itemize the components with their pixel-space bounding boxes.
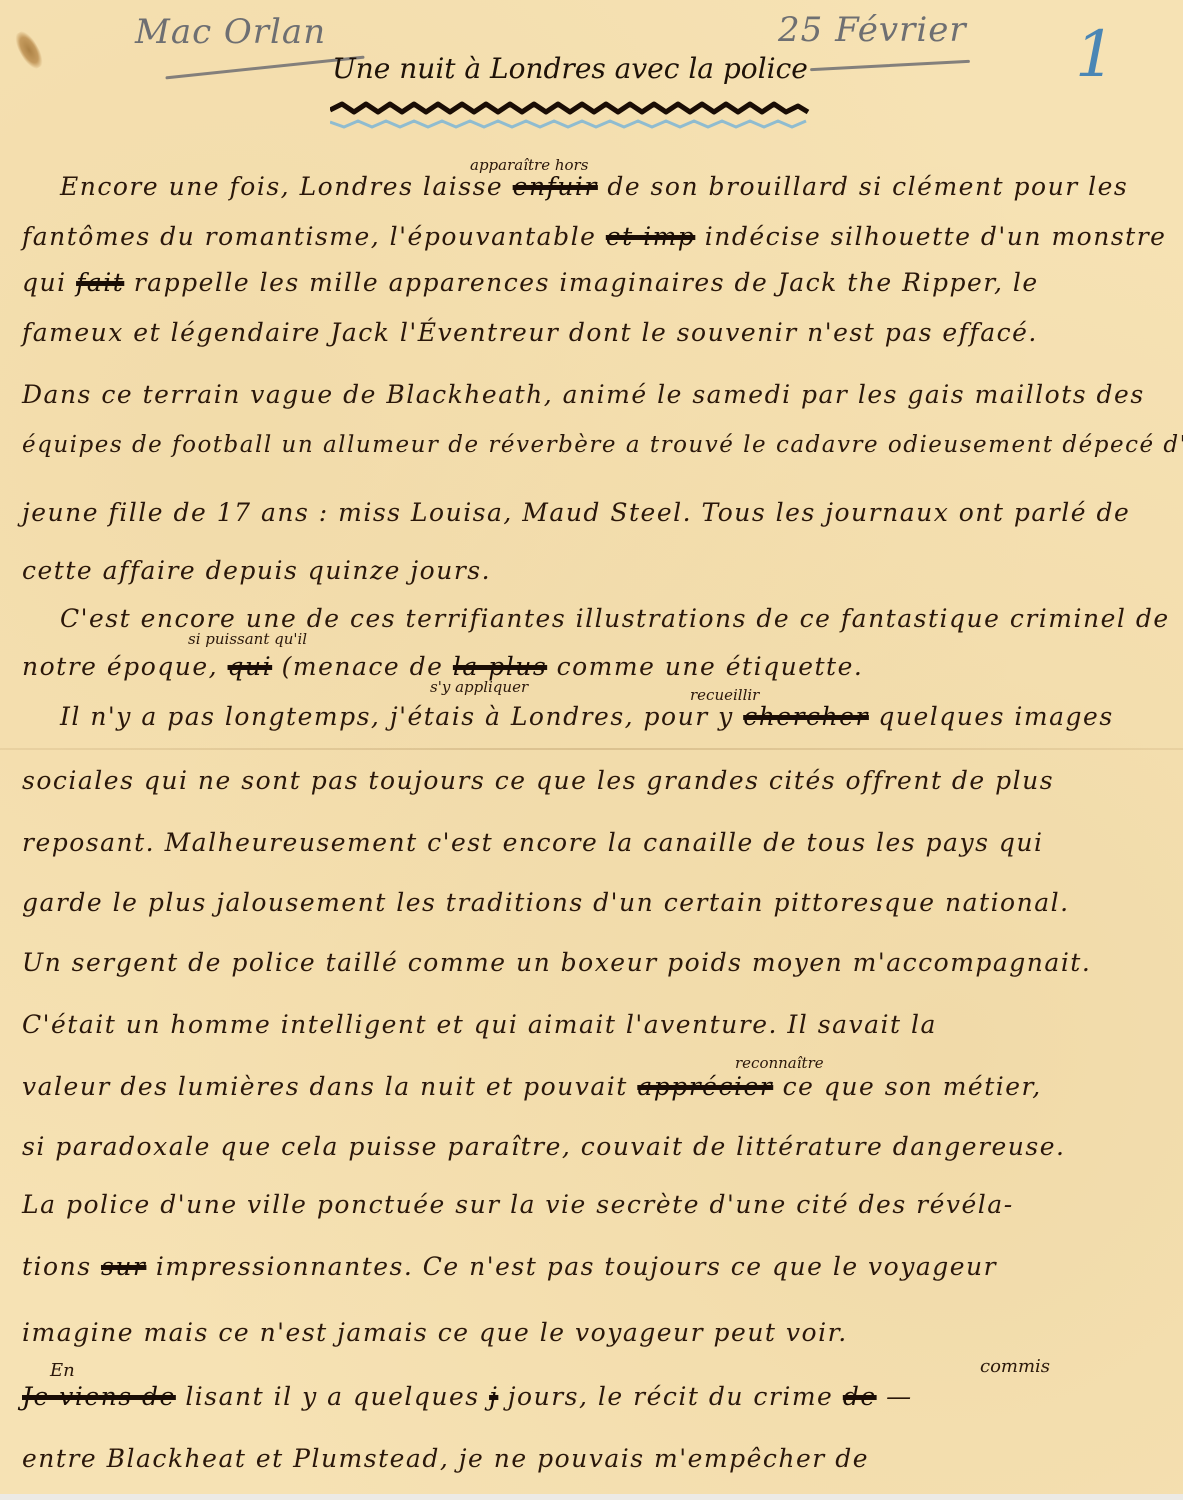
paper-fold xyxy=(0,748,1183,750)
text-line-10: notre époque, qui (menace de la plus com… xyxy=(22,652,1162,681)
text-line-9: C'est encore une de ces terrifiantes ill… xyxy=(60,604,1183,633)
text-line-12: sociales qui ne sont pas toujours ce que… xyxy=(22,766,1162,795)
text-line-8: cette affaire depuis quinze jours. xyxy=(22,556,1162,585)
insertion-en: En xyxy=(50,1360,75,1381)
date-note: 25 Février xyxy=(778,10,967,50)
text-line-3: qui fait rappelle les mille apparences i… xyxy=(22,268,1162,297)
text-line-17: valeur des lumières dans la nuit et pouv… xyxy=(22,1072,1162,1101)
title-underline-blue xyxy=(330,116,810,132)
manuscript-page: Mac Orlan 25 Février 1 Une nuit à Londre… xyxy=(0,0,1183,1496)
text-line-5: Dans ce terrain vague de Blackheath, ani… xyxy=(22,380,1162,409)
text-line-7: jeune fille de 17 ans : miss Louisa, Mau… xyxy=(22,498,1162,527)
insertion-reconnaitre: reconnaître xyxy=(735,1054,824,1072)
text-line-16: C'était un homme intelligent et qui aima… xyxy=(22,1010,1162,1039)
page-number: 1 xyxy=(1075,18,1116,92)
text-line-6: équipes de football un allumeur de réver… xyxy=(22,432,1162,458)
title-underline-ink xyxy=(330,98,810,118)
text-line-11: Il n'y a pas longtemps, j'étais à Londre… xyxy=(60,702,1183,731)
text-line-21: imagine mais ce n'est jamais ce que le v… xyxy=(22,1318,1162,1347)
insertion-commis: commis xyxy=(980,1356,1050,1377)
ink-stain xyxy=(11,28,47,72)
text-line-18: si paradoxale que cela puisse paraître, … xyxy=(22,1132,1162,1161)
text-line-20: tions sur impressionnantes. Ce n'est pas… xyxy=(22,1252,1162,1281)
pencil-stroke-right xyxy=(810,60,970,71)
author-note: Mac Orlan xyxy=(135,12,326,52)
scan-edge xyxy=(0,1494,1183,1500)
text-line-19: La police d'une ville ponctuée sur la vi… xyxy=(22,1190,1162,1219)
insertion-si-puissant: si puissant qu'il xyxy=(188,630,307,648)
text-line-1: Encore une fois, Londres laisse enfuir d… xyxy=(60,172,1183,201)
manuscript-title: Une nuit à Londres avec la police xyxy=(320,52,820,85)
text-line-15: Un sergent de police taillé comme un box… xyxy=(22,948,1162,977)
text-line-22: Je viens de lisant il y a quelques j jou… xyxy=(22,1382,1162,1411)
text-line-14: garde le plus jalousement les traditions… xyxy=(22,888,1162,917)
text-line-13: reposant. Malheureusement c'est encore l… xyxy=(22,828,1162,857)
text-line-2: fantômes du romantisme, l'épouvantable e… xyxy=(22,222,1162,251)
insertion-sy-appliquer: s'y appliquer xyxy=(430,678,528,696)
text-line-4: fameux et légendaire Jack l'Éventreur do… xyxy=(22,318,1162,347)
text-line-23: entre Blackheat et Plumstead, je ne pouv… xyxy=(22,1444,1162,1473)
